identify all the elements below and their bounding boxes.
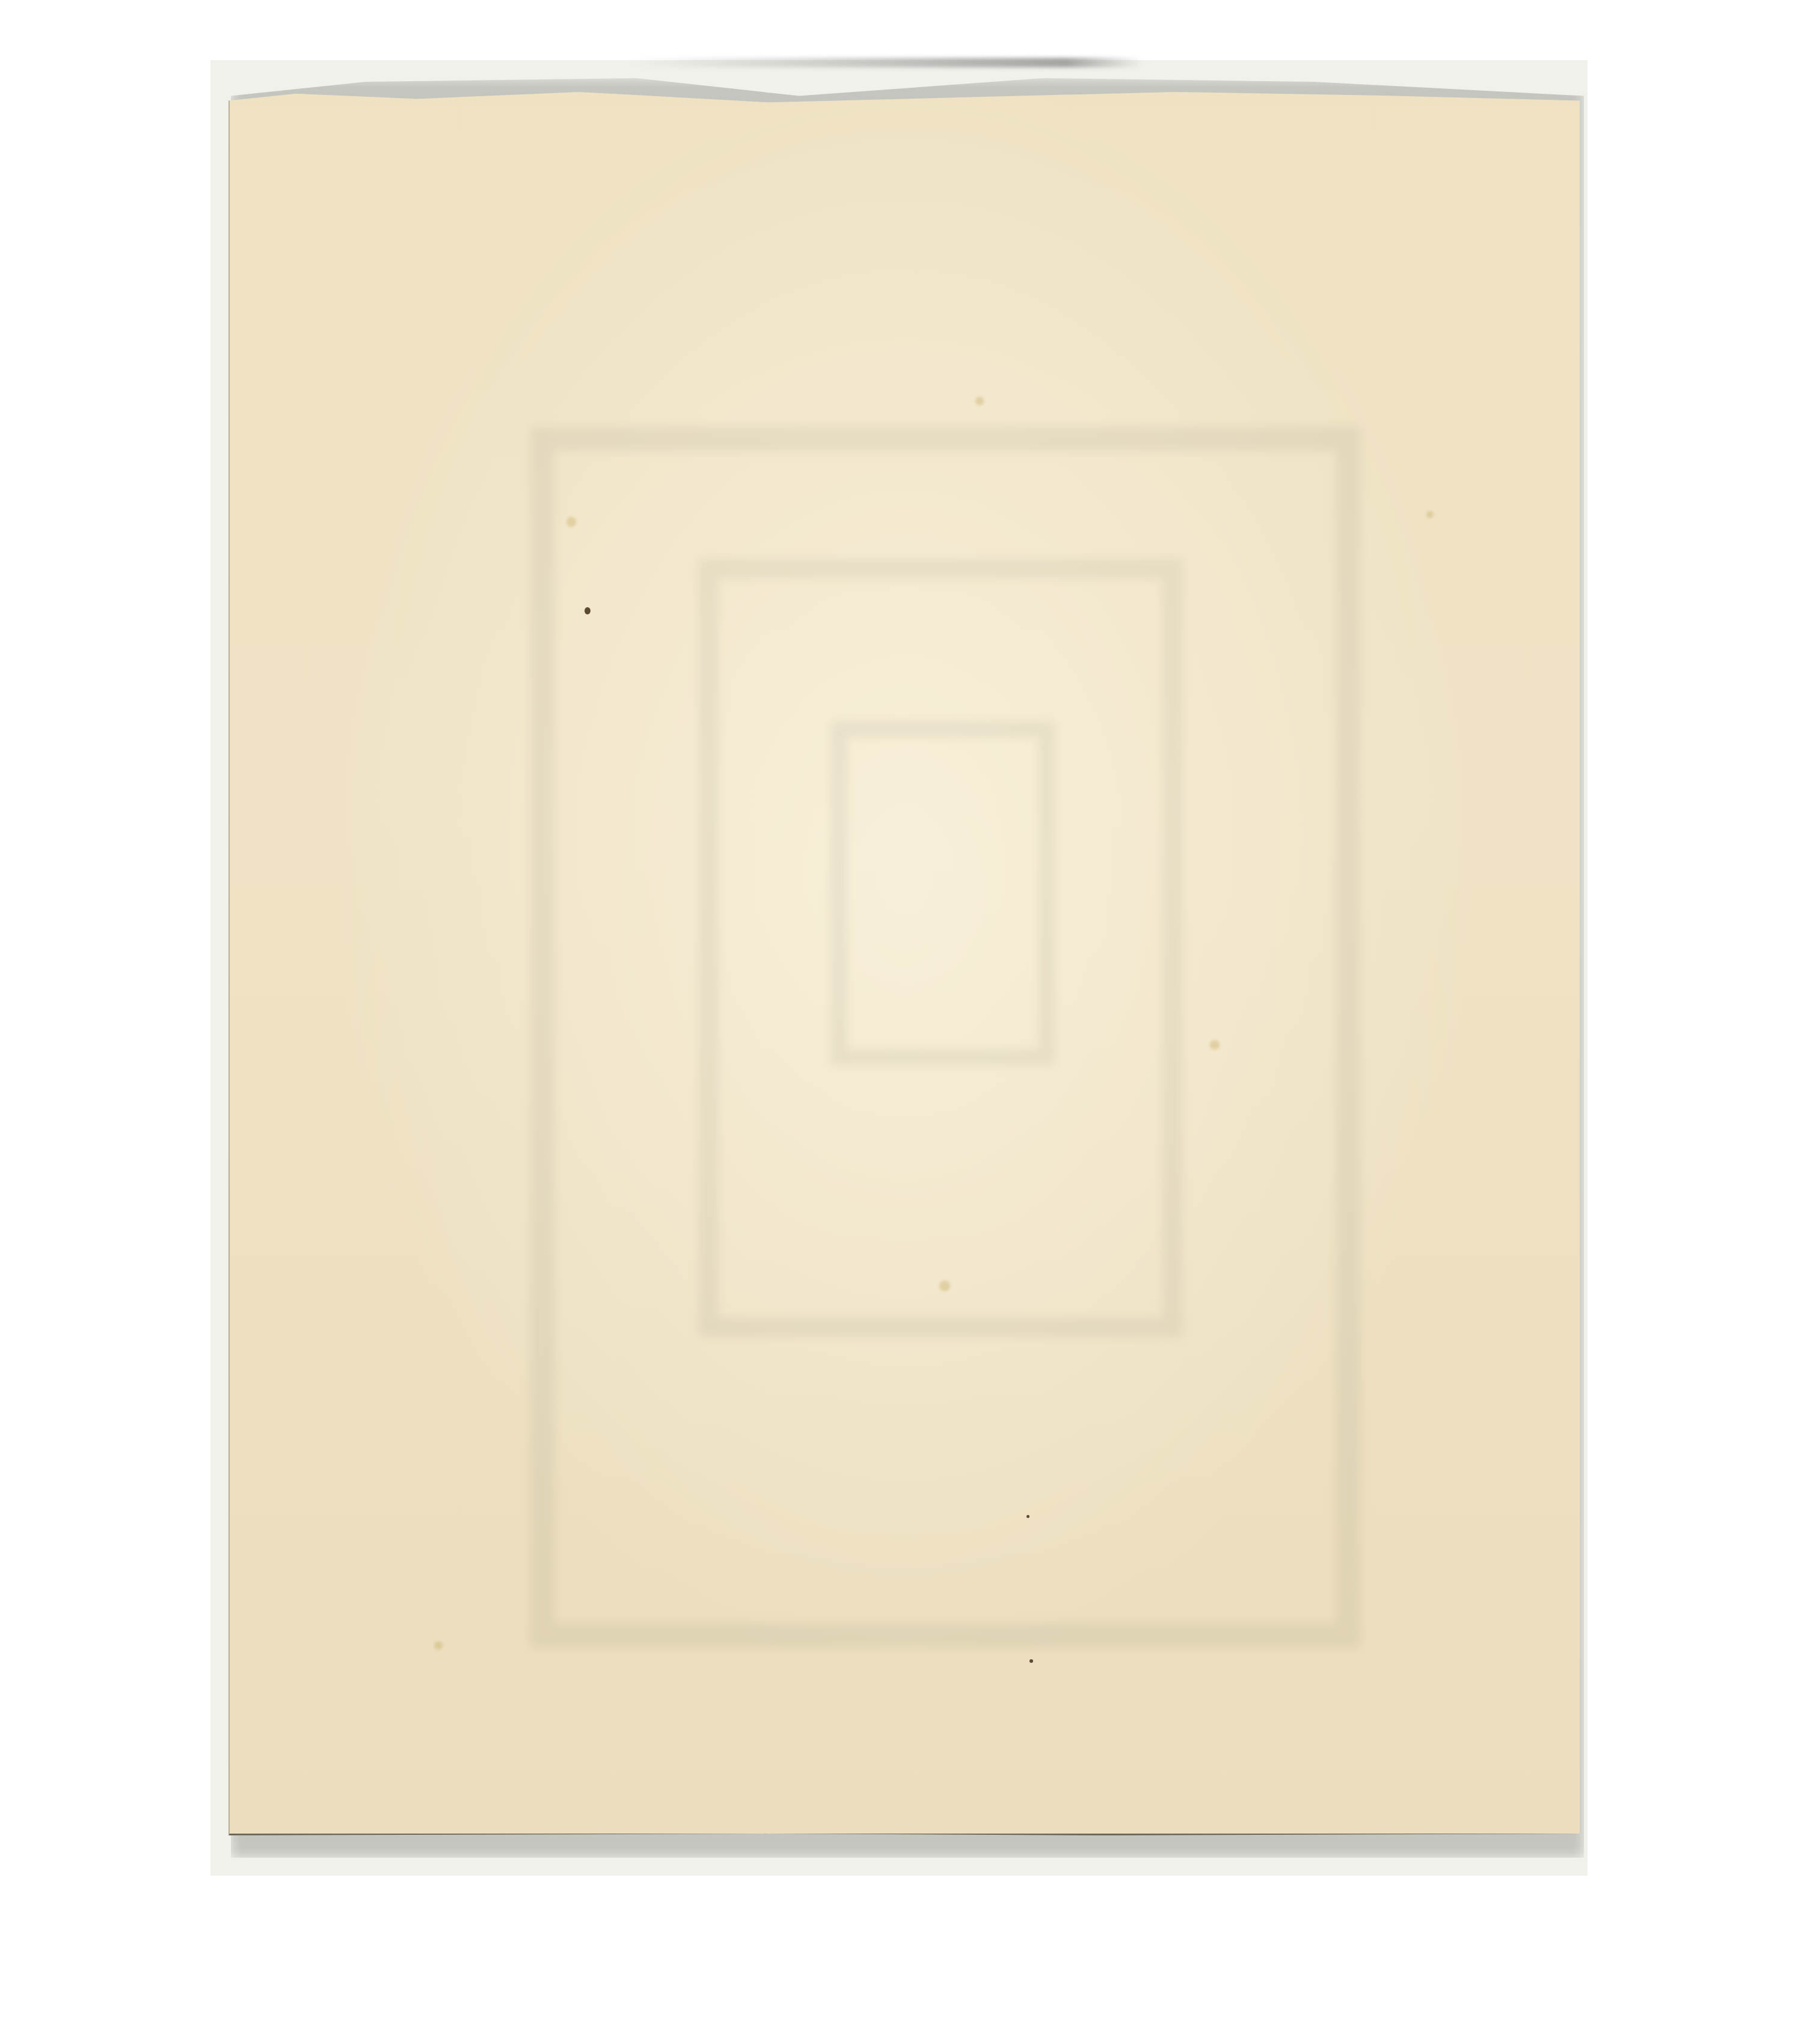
ink-spot	[1029, 1659, 1033, 1663]
foxing-spot	[1426, 511, 1434, 518]
ink-spot	[1026, 1515, 1029, 1518]
graphite-offset-center	[831, 721, 1055, 1065]
paper-sheet	[229, 90, 1580, 1835]
foxing-spot	[434, 1641, 443, 1650]
foxing-spot	[975, 397, 984, 405]
foxing-spot	[566, 517, 576, 527]
foxing-spot	[1210, 1040, 1220, 1050]
foxing-spot	[939, 1281, 950, 1291]
top-shadow	[631, 58, 1143, 67]
ink-spot	[584, 607, 591, 614]
